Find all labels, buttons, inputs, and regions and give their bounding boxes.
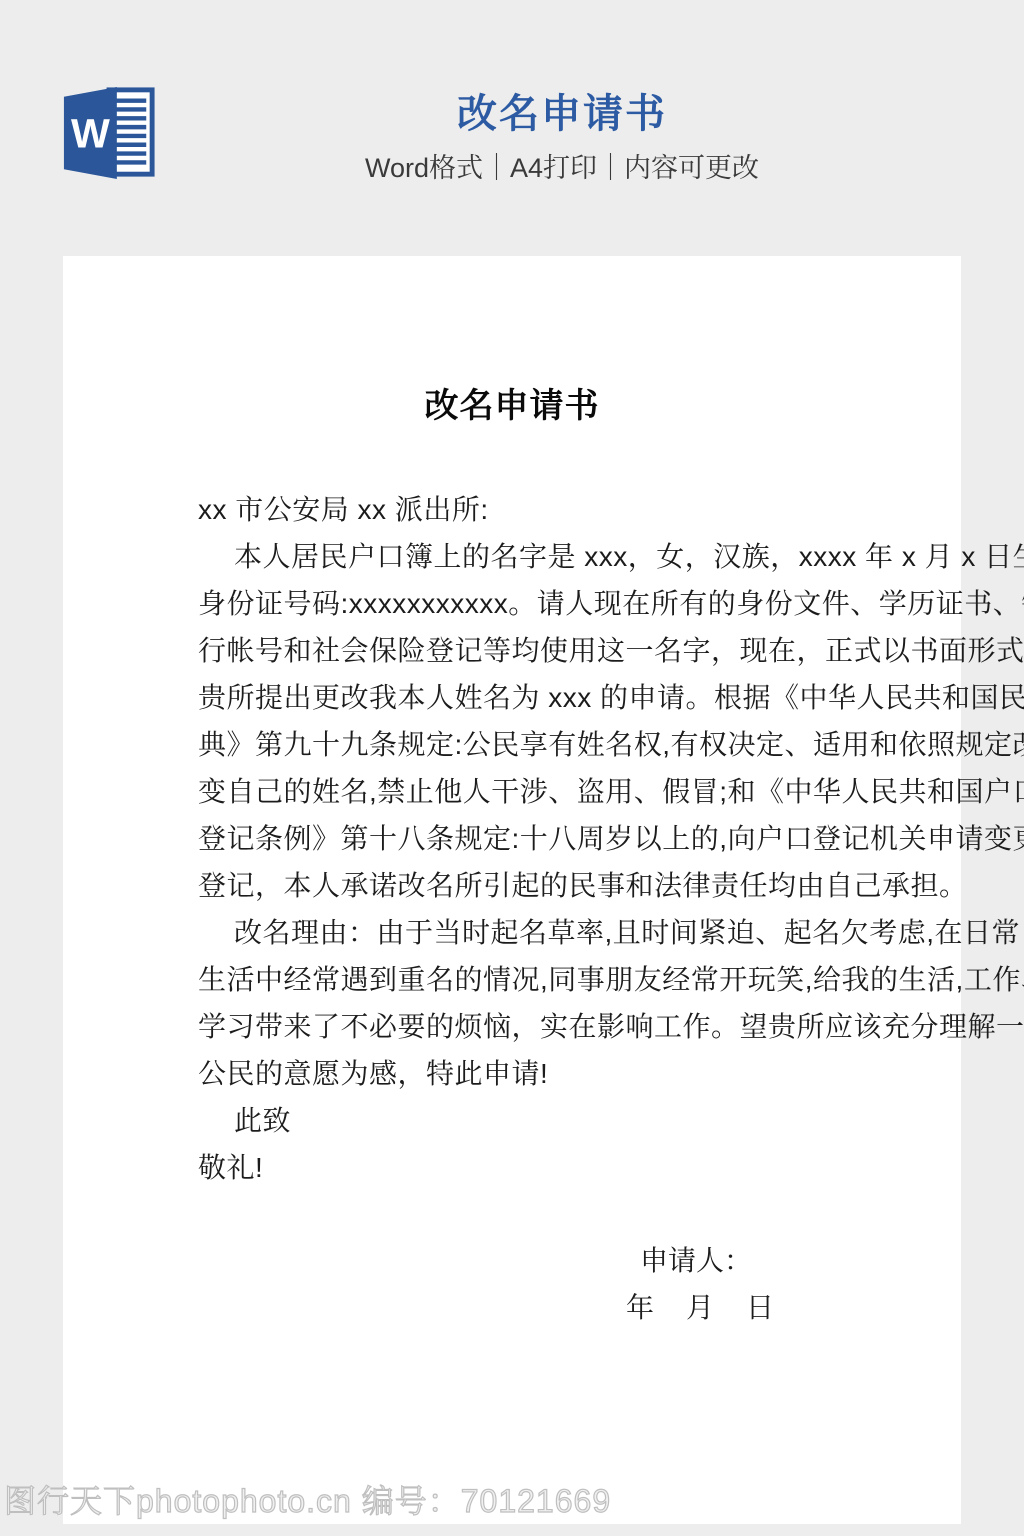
header-text-block: 改名申请书 Word格式｜A4打印｜内容可更改	[100, 92, 1024, 183]
document-line: 变自己的姓名,禁止他人干涉、盗用、假冒;和《中华人民共和国户口	[198, 768, 849, 815]
document-body: xx 市公安局 xx 派出所: 本人居民户口簿上的名字是 xxx，女，汉族，xx…	[198, 486, 849, 1191]
document-line: 本人居民户口簿上的名字是 xxx，女，汉族，xxxx 年 x 月 x 日生，	[198, 533, 849, 580]
document-line: xx 市公安局 xx 派出所:	[198, 486, 849, 533]
document-line: 敬礼!	[198, 1144, 849, 1191]
applicant-label: 申请人：	[626, 1237, 849, 1284]
date-placeholder: 年 月 日	[626, 1284, 849, 1331]
document-line: 公民的意愿为感，特此申请!	[198, 1050, 849, 1097]
document-line: 学习带来了不必要的烦恼，实在影响工作。望贵所应该充分理解一个	[198, 1003, 849, 1050]
document-line: 此致	[198, 1097, 849, 1144]
document-line: 登记，本人承诺改名所引起的民事和法律责任均由自己承担。	[198, 862, 849, 909]
document-line: 典》第九十九条规定:公民享有姓名权,有权决定、适用和依照规定改	[198, 721, 849, 768]
document-line: 行帐号和社会保险登记等均使用这一名字，现在，正式以书面形式向	[198, 627, 849, 674]
watermark-text: 图行天下photophoto.cn 编号：70121669	[4, 1482, 611, 1520]
template-subtitle: Word格式｜A4打印｜内容可更改	[100, 153, 1024, 183]
document-line: 生活中经常遇到重名的情况,同事朋友经常开玩笑,给我的生活,工作、	[198, 956, 849, 1003]
document-line: 改名理由：由于当时起名草率,且时间紧迫、起名欠考虑,在日常	[198, 909, 849, 956]
document-line: 登记条例》第十八条规定:十八周岁以上的,向户口登记机关申请变更	[198, 815, 849, 862]
document-line: 身份证号码:xxxxxxxxxxx。请人现在所有的身份文件、学历证书、银	[198, 580, 849, 627]
template-preview: { "header": { "title": "改名申请书", "subtitl…	[0, 0, 1024, 1536]
document-line: 贵所提出更改我本人姓名为 xxx 的申请。根据《中华人民共和国民法	[198, 674, 849, 721]
template-title: 改名申请书	[100, 92, 1024, 136]
template-header: W 改名申请书 Word格式｜A4打印｜内容可更改	[0, 0, 1024, 256]
document-title: 改名申请书	[63, 384, 961, 428]
signature-block: 申请人： 年 月 日	[626, 1237, 849, 1331]
document-page: 改名申请书 xx 市公安局 xx 派出所: 本人居民户口簿上的名字是 xxx，女…	[63, 256, 961, 1524]
